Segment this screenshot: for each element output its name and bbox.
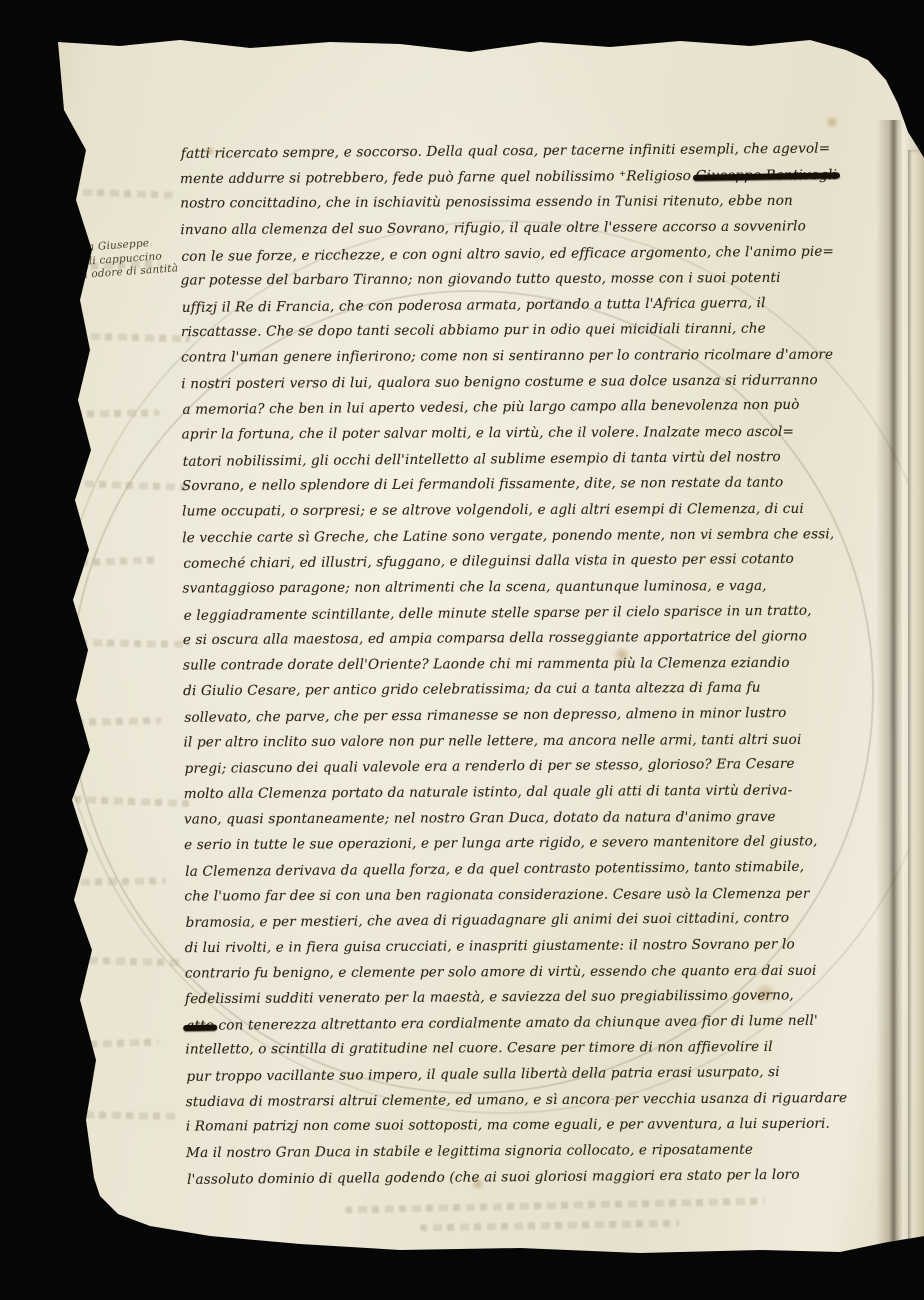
text-block: fatti ricercato sempre, e soccorso. Dell…	[180, 137, 882, 1192]
manuscript-line: svantaggioso paragone; non altrimenti ch…	[182, 573, 878, 602]
handwritten-text: il per altro inclito suo valore non pur …	[183, 732, 801, 751]
handwritten-text: sulle contrade dorate dell'Oriente? Laon…	[183, 655, 790, 674]
photograph-background: + Il P. Fra GiuseppeBentivogli cappuccin…	[0, 0, 924, 1300]
manuscript-line: riscattasse. Che se dopo tanti secoli ab…	[181, 316, 877, 346]
handwritten-text: e serio in tutte le sue operazioni, e pe…	[184, 834, 817, 854]
handwritten-text: lume occupati, o sorpresi; e se altrove …	[182, 501, 804, 520]
handwritten-text: nostro concittadino, che in ischiavitù p…	[180, 193, 793, 212]
manuscript-line: i Romani patrizj non come suoi sottopost…	[186, 1112, 882, 1141]
manuscript-line: e leggiadramente scintillante, delle min…	[184, 598, 880, 629]
handwritten-text: sollevato, che parve, che per essa riman…	[184, 705, 786, 726]
handwritten-text: intelletto, o scintilla di gratitudine n…	[185, 1039, 773, 1058]
adjacent-leaf-edge	[908, 150, 924, 1250]
handwritten-text: svantaggioso paragone; non altrimenti ch…	[182, 578, 766, 597]
struck-out-text: Giuseppe Bentivogli	[695, 167, 837, 184]
manuscript-line: nostro concittadino, che in ischiavitù p…	[180, 189, 876, 218]
gutter-crease	[876, 120, 910, 1256]
handwritten-text: contrario fu benigno, e clemente per sol…	[185, 962, 817, 981]
handwritten-text: la Clemenza derivava da quella forza, e …	[185, 859, 804, 880]
handwritten-text: riscattasse. Che se dopo tanti secoli ab…	[181, 321, 766, 341]
handwritten-text: fatti ricercato sempre, e soccorso. Dell…	[181, 141, 831, 162]
manuscript-line: aprir la fortuna, che il poter salvar mo…	[182, 420, 878, 449]
handwritten-text: pregi; ciascuno dei quali valevole era a…	[185, 756, 795, 777]
manuscript-line: molto alla Clemenza portato da naturale …	[184, 778, 880, 808]
handwritten-text: i Romani patrizj non come suoi sottopost…	[186, 1116, 830, 1135]
handwritten-text: di Giulio Cesare, per antico grido celeb…	[183, 680, 761, 700]
manuscript-line: sulle contrade dorate dell'Oriente? Laon…	[183, 650, 879, 679]
manuscript-line: uffizj il Re di Francia, che con poderos…	[182, 290, 878, 321]
handwritten-text: che l'uomo far dee si con una ben ragion…	[184, 885, 809, 904]
handwritten-text: gar potesse del barbaro Tiranno; non gio…	[181, 270, 781, 289]
handwritten-text: comeché chiari, ed illustri, sfuggano, e…	[183, 551, 794, 572]
handwritten-text: mente addurre si potrebbero, fede può fa…	[180, 168, 696, 187]
manuscript-line: contrario fu benigno, e clemente per sol…	[185, 958, 881, 987]
manuscript-line: la Clemenza derivava da quella forza, e …	[185, 854, 881, 885]
struck-out-text: atto	[186, 1017, 214, 1033]
handwritten-text: tatori nobilissimi, gli occhi dell'intel…	[183, 449, 781, 470]
handwritten-text: pur troppo vacillante suo impero, il qua…	[186, 1064, 779, 1085]
handwritten-text: bramosia, e per mestieri, che avea di ri…	[186, 910, 790, 931]
manuscript-page: + Il P. Fra GiuseppeBentivogli cappuccin…	[0, 0, 924, 1300]
handwritten-text: aprir la fortuna, che il poter salvar mo…	[182, 424, 794, 443]
handwritten-text: Sovrano, e nello splendore di Lei ferman…	[182, 475, 783, 495]
handwritten-text: di lui rivolti, e in fiera guisa cruccia…	[185, 936, 795, 956]
handwritten-text: e si oscura alla maestosa, ed ampia comp…	[183, 628, 807, 648]
handwritten-text: con tenerezza altrettanto era cordialmen…	[214, 1012, 818, 1033]
handwritten-text: Ma il nostro Gran Duca in stabile e legi…	[186, 1142, 753, 1161]
handwritten-text: i nostri posteri verso di lui, qualora s…	[181, 372, 818, 392]
manuscript-line: di lui rivolti, e in fiera guisa cruccia…	[185, 932, 881, 962]
handwritten-text: studiava di mostrarsi altrui clemente, e…	[186, 1090, 848, 1110]
handwritten-text: l'assoluto dominio di quella godendo (ch…	[187, 1166, 800, 1187]
manuscript-line: tatori nobilissimi, gli occhi dell'intel…	[183, 444, 879, 475]
manuscript-line: lume occupati, o sorpresi; e se altrove …	[182, 496, 878, 525]
manuscript-line: Sovrano, e nello splendore di Lei ferman…	[182, 470, 878, 500]
handwritten-text: a memoria? che ben in lui aperto vedesi,…	[182, 397, 799, 418]
handwritten-text: invano alla clemenza del suo Sovrano, ri…	[180, 218, 806, 238]
handwritten-text: e leggiadramente scintillante, delle min…	[184, 602, 812, 623]
manuscript-line: mente addurre si potrebbero, fede può fa…	[180, 163, 876, 193]
handwritten-text: fedelissimi sudditi venerato per la maes…	[185, 988, 794, 1008]
manuscript-line: sollevato, che parve, che per essa riman…	[184, 700, 880, 731]
handwritten-text: vano, quasi spontaneamente; nel nostro G…	[184, 809, 776, 828]
handwritten-text: le vecchie carte sì Greche, che Latine s…	[182, 526, 834, 546]
manuscript-line: vano, quasi spontaneamente; nel nostro G…	[184, 804, 880, 833]
handwritten-text: molto alla Clemenza portato da naturale …	[184, 782, 793, 802]
handwritten-text: contra l'uman genere infierirono; come n…	[181, 347, 833, 366]
manuscript-line: l'assoluto dominio di quella godendo (ch…	[187, 1162, 883, 1193]
handwritten-text: uffizj il Re di Francia, che con poderos…	[182, 295, 766, 316]
manuscript-line: contra l'uman genere infierirono; come n…	[181, 343, 877, 372]
handwritten-text: con le sue forze, e ricchezze, e con ogn…	[181, 243, 834, 264]
